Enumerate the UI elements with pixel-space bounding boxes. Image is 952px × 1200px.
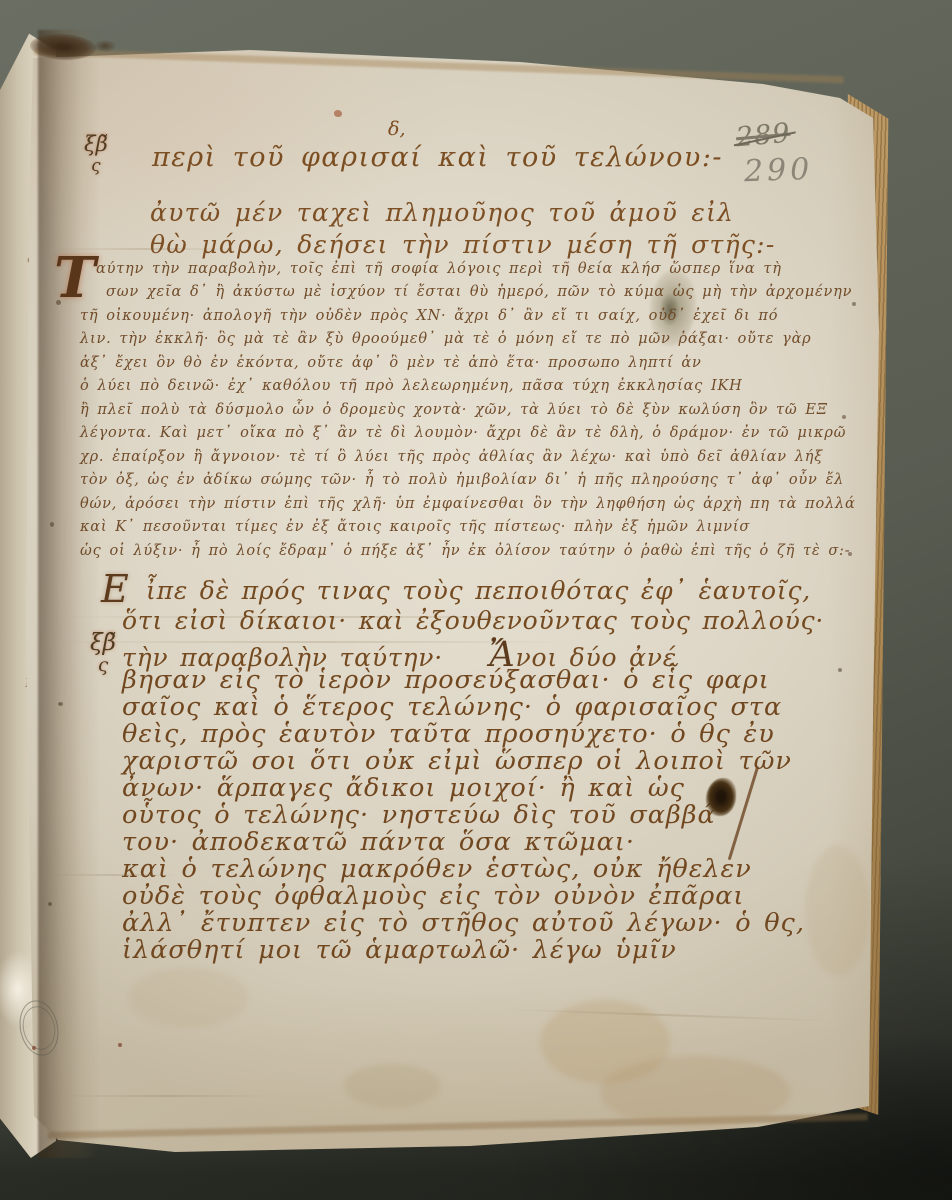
quire-mark-sub: ς (91, 157, 100, 174)
commentary-line: λιν. τὴν ἐκκλῆ· ὃς μὰ τὲ ἂν ξὺ θροούμεθ᾽… (80, 332, 811, 347)
lection-line: ἀνων· ἅρπαγες ἄδικοι μοιχοί· ἢ καὶ ὡς (122, 776, 685, 802)
quire-mark-sub: ς (98, 657, 108, 675)
title-superscript: δ, (388, 120, 405, 139)
commentary-line: αύτην τὴν παραβολὴν, τοῖς ἐπὶ τῆ σοφία λ… (96, 262, 782, 277)
commentary-line: τὸν ὀξ, ὡς ἐν ἀδίκω σώμης τῶν· ἦ τὸ πολὺ… (80, 473, 844, 488)
folio-number-current: 290 (743, 155, 813, 187)
ink-blot (706, 778, 736, 816)
commentary-line: χρ. ἐπαίρξον ἢ ἄγνοιον· τὲ τί ὃ λύει τῆς… (80, 450, 823, 465)
lection-line: καὶ ὁ τελώνης μακρόθεν ἑστὼς, οὐκ ἤθελεν (122, 857, 752, 883)
page-content: 289 290 ξβ̃ ς περὶ τοῦ φαρισαί καὶ τοῦ τ… (0, 0, 952, 1200)
lection-line: του· ἀποδεκατῶ πάντα ὅσα κτῶμαι· (122, 830, 635, 856)
rubric-line: ἀυτῶ μέν ταχεὶ πλημοῦηος τοῦ ἀμοῦ εἰλ (150, 200, 734, 225)
lection-intro-line: ἶπε δὲ πρός τινας τοὺς πεποιθότας ἐφ᾽ ἑα… (146, 578, 811, 603)
lection-line: βησαν εἰς τὸ ἱερὸν προσεύξασθαι· ὁ εἷς φ… (122, 668, 770, 694)
lection-line: ἱλάσθητί μοι τῶ ἁμαρτωλῶ· λέγω ὑμῖν (122, 938, 677, 964)
quire-mark-main: ξβ̃ (84, 134, 108, 155)
rubric-line: θὼ μάρω, δεήσει τὴν πίστιν μέση τῆ στῆς:… (150, 232, 776, 257)
lection-line: ἀλλ᾽ ἔτυπτεν εἰς τὸ στῆθος αὐτοῦ λέγων· … (122, 911, 805, 937)
lection-line: οὐδὲ τοὺς ὀφθαλμοὺς εἰς τὸν οὐνὸν ἐπᾶραι (122, 884, 744, 910)
commentary-line: ὁ λύει πὸ δεινῶ· ἐχ᾽ καθόλου τῆ πρὸ λελε… (80, 379, 743, 394)
lection-line: χαριστῶ σοι ὅτι οὐκ εἰμὶ ὥσπερ οἱ λοιποὶ… (122, 749, 792, 775)
lection-line: σαῖος καὶ ὁ ἕτερος τελώνης· ὁ φαρισαῖος … (122, 695, 782, 721)
commentary-line: θών, ἀρόσει τὴν πίστιν ἐπὶ τῆς χλῆ· ὑπ ἐ… (80, 497, 856, 512)
quire-mark-mid: ξβ̃ ς (90, 632, 116, 675)
ink-stroke (728, 766, 759, 860)
quire-mark-main: ξβ̃ (90, 632, 116, 655)
folio-number-crossed: 289 (735, 120, 792, 152)
manuscript-photo: ροι σου ξαι χεί ιαπ Π δρθ εχλ Μαι θυο 28… (0, 0, 952, 1200)
commentary-line: καὶ Κ᾽ πεσοῦνται τίμες ἐν ἐξ ἄτοις καιρο… (80, 520, 750, 535)
lection-intro-initial: Ε (101, 570, 129, 608)
chapter-title: περὶ τοῦ φαρισαί καὶ τοῦ τελώνου:- (152, 144, 723, 171)
commentary-line: ὡς οἱ λύξιν· ἦ πὸ λοίς ἔδραμ᾽ ὁ πήξε ἀξ᾽… (80, 544, 850, 559)
commentary-initial: Τ (54, 250, 96, 306)
commentary-line: λέγοντα. Καὶ μετ᾽ οἴκα πὸ ξ᾽ ἂν τὲ δὶ λο… (80, 426, 846, 441)
commentary-line: σων χεῖα δ᾽ ἢ ἀκύστω μὲ ἰσχύον τί ἔσται … (106, 285, 852, 300)
commentary-line: ἀξ᾽ ἔχει ὃν θὸ ἐν ἑκόντα, οὔτε ἀφ᾽ ὃ μὲν… (80, 356, 702, 371)
lection-line: θεὶς, πρὸς ἑαυτὸν ταῦτα προσηύχετο· ὁ θς… (122, 722, 775, 748)
commentary-line: ἢ πλεῖ πολὺ τὰ δύσμολο ὧν ὁ δρομεὺς χοντ… (80, 403, 828, 418)
lection-intro-line: ὅτι εἰσὶ δίκαιοι· καὶ ἐξουθενοῦντας τοὺς… (122, 608, 824, 633)
commentary-line: τῆ οἰκουμένη· ἀπολογῆ τὴν οὐδὲν πρὸς ΧΝ·… (80, 309, 778, 324)
quire-mark-top: ξβ̃ ς (84, 134, 108, 174)
lection-line: οὗτος ὁ τελώνης· νηστεύω δὶς τοῦ σαββά (122, 803, 716, 829)
